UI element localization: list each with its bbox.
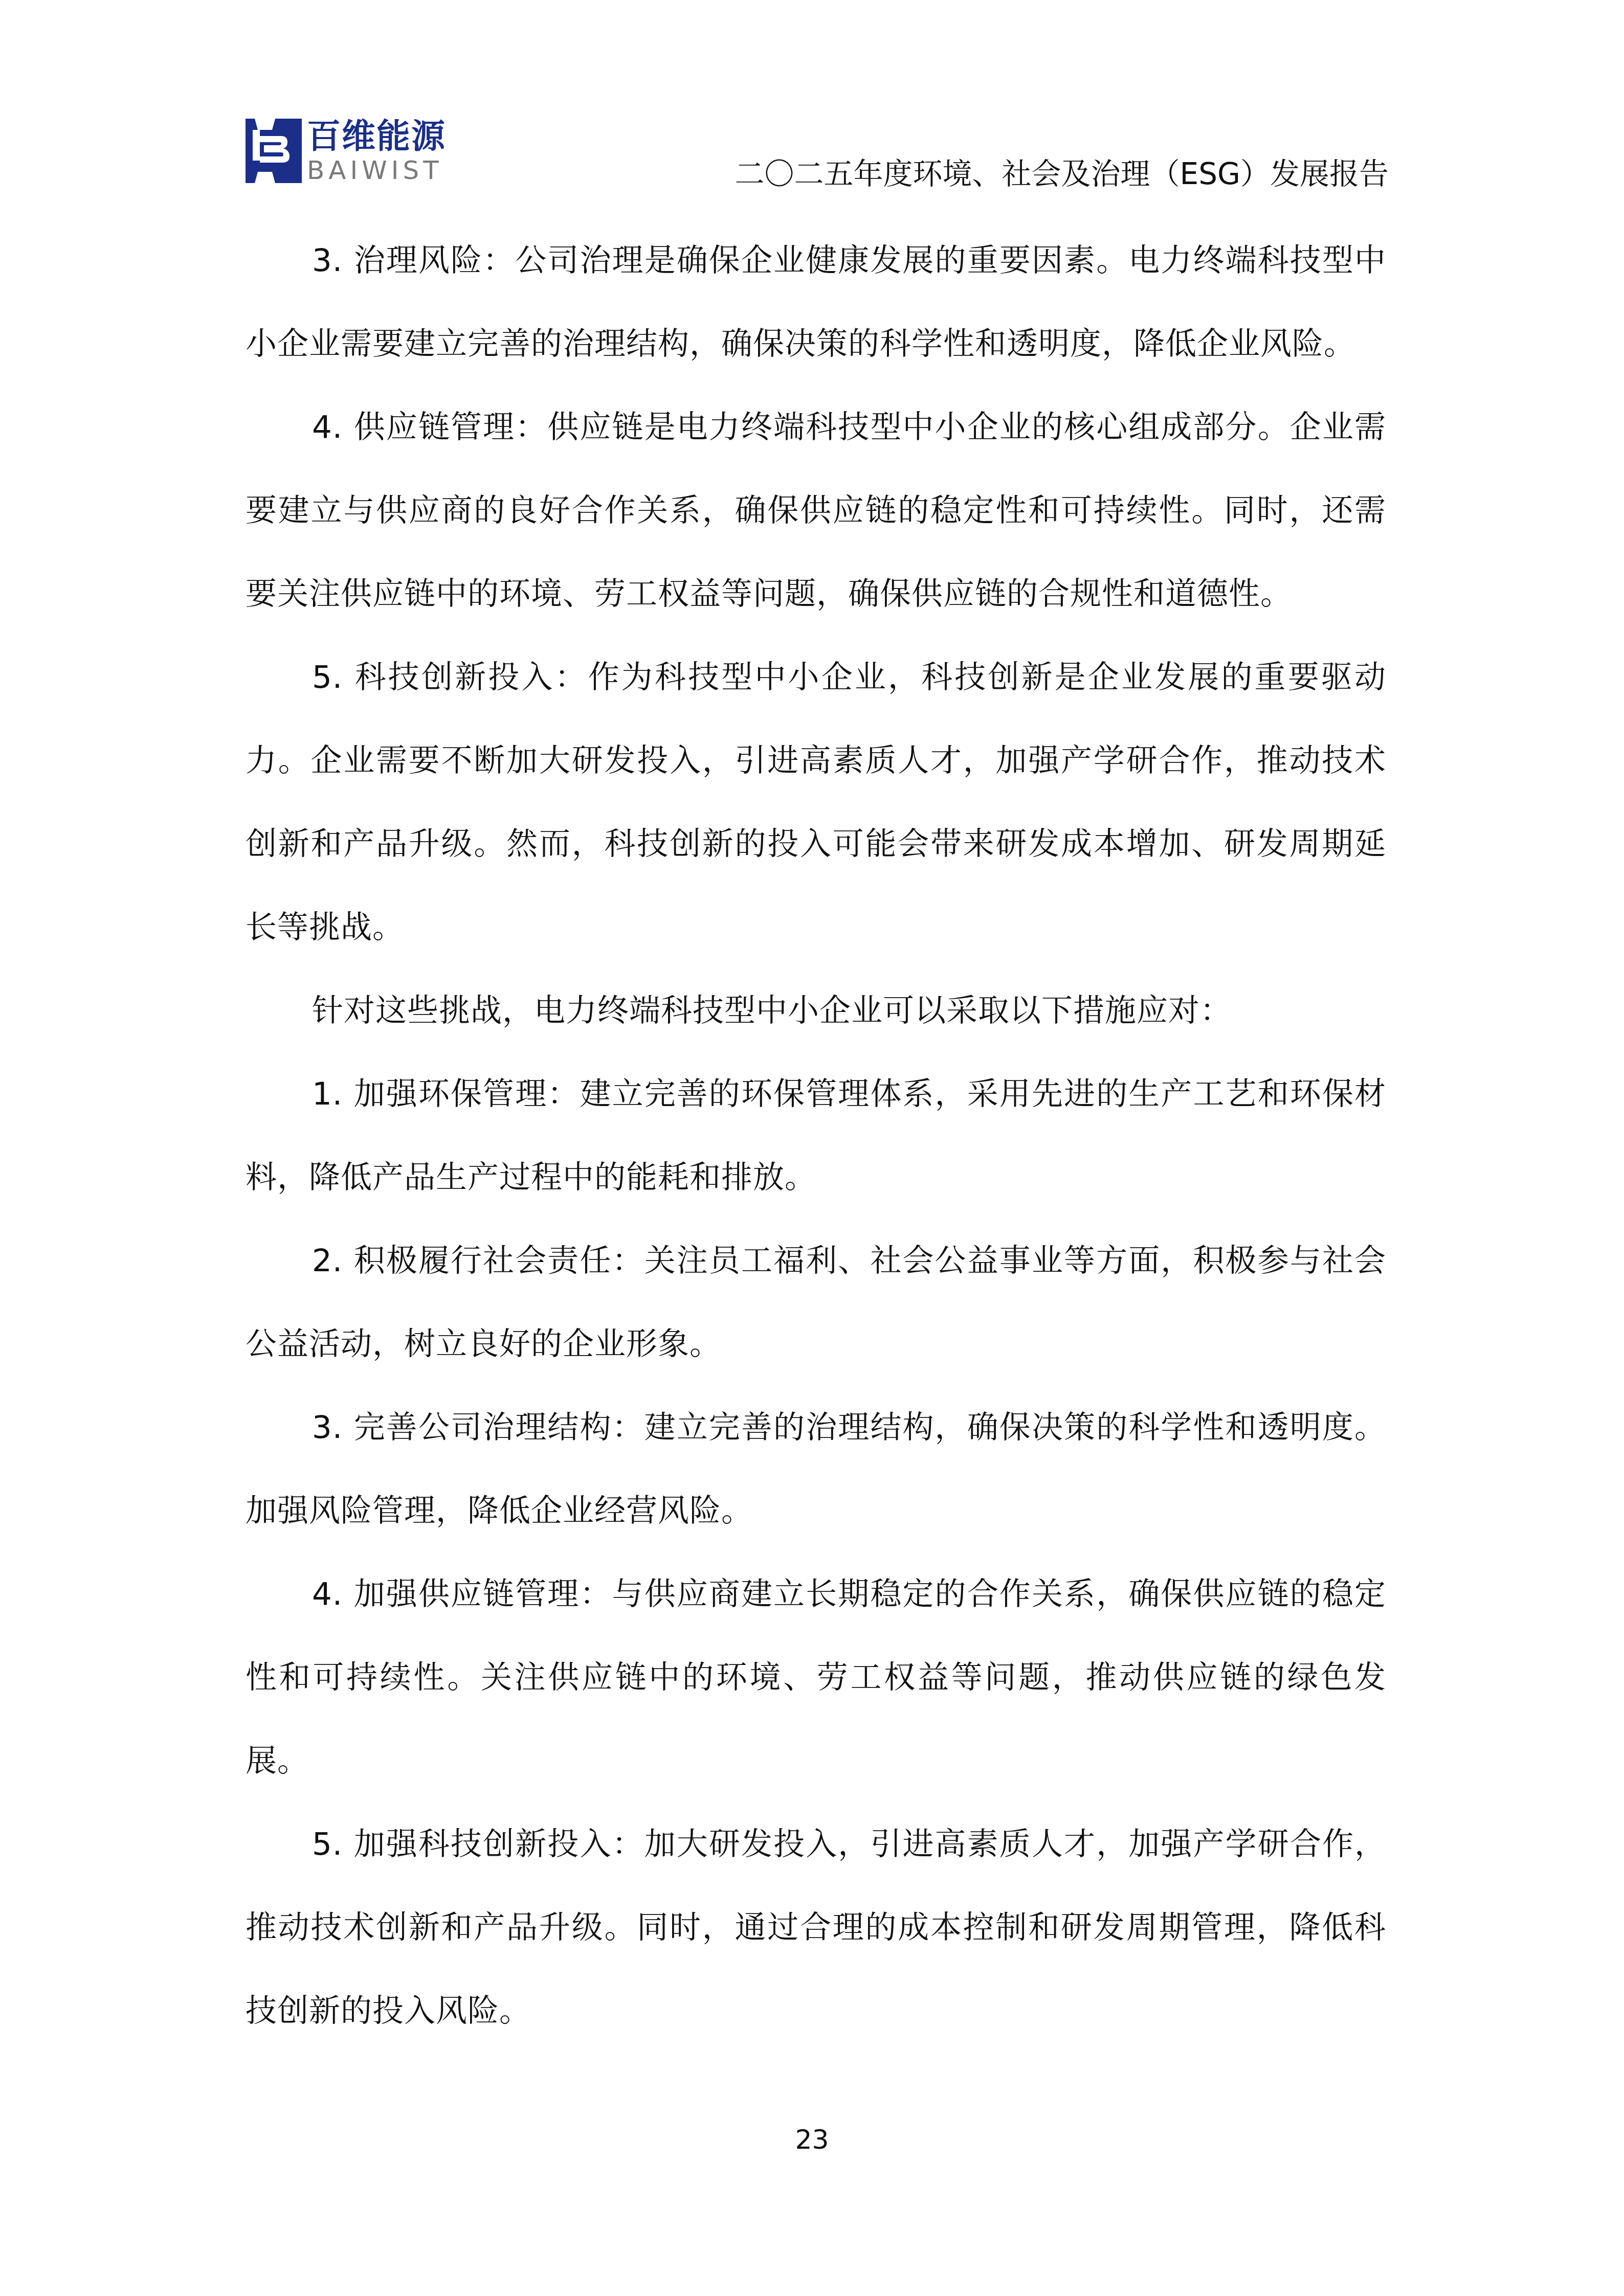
paragraph-governance-risk: 3. 治理风险：公司治理是确保企业健康发展的重要因素。电力终端科技型中小企业需要…: [246, 219, 1386, 386]
paragraph-supply-chain-management: 4. 供应链管理：供应链是电力终端科技型中小企业的核心组成部分。企业需要建立与供…: [246, 386, 1386, 636]
paragraph-measures-intro: 针对这些挑战，电力终端科技型中小企业可以采取以下措施应对：: [246, 969, 1386, 1052]
page-header: 百维能源 BAIWIST 二〇二五年度环境、社会及治理（ESG）发展报告: [0, 0, 1624, 205]
paragraph-measure-supply-chain: 4. 加强供应链管理：与供应商建立长期稳定的合作关系，确保供应链的稳定性和可持续…: [246, 1552, 1386, 1803]
paragraph-measure-innovation: 5. 加强科技创新投入：加大研发投入，引进高素质人才，加强产学研合作，推动技术创…: [246, 1803, 1386, 2053]
paragraph-measure-social-responsibility: 2. 积极履行社会责任：关注员工福利、社会公益事业等方面，积极参与社会公益活动，…: [246, 1219, 1386, 1386]
company-logo: 百维能源 BAIWIST: [246, 119, 446, 183]
document-body: 3. 治理风险：公司治理是确保企业健康发展的重要因素。电力终端科技型中小企业需要…: [246, 219, 1386, 2053]
logo-text: 百维能源 BAIWIST: [307, 119, 446, 183]
logo-english-name: BAIWIST: [307, 157, 446, 183]
b-logo-mark-icon: [246, 119, 302, 183]
paragraph-measure-environmental: 1. 加强环保管理：建立完善的环保管理体系，采用先进的生产工艺和环保材料，降低产…: [246, 1052, 1386, 1219]
page-number: 23: [0, 2122, 1624, 2158]
paragraph-tech-innovation-investment: 5. 科技创新投入：作为科技型中小企业，科技创新是企业发展的重要驱动力。企业需要…: [246, 636, 1386, 969]
report-title: 二〇二五年度环境、社会及治理（ESG）发展报告: [735, 153, 1389, 194]
paragraph-measure-governance: 3. 完善公司治理结构：建立完善的治理结构，确保决策的科学性和透明度。加强风险管…: [246, 1386, 1386, 1552]
logo-chinese-name: 百维能源: [307, 119, 446, 154]
